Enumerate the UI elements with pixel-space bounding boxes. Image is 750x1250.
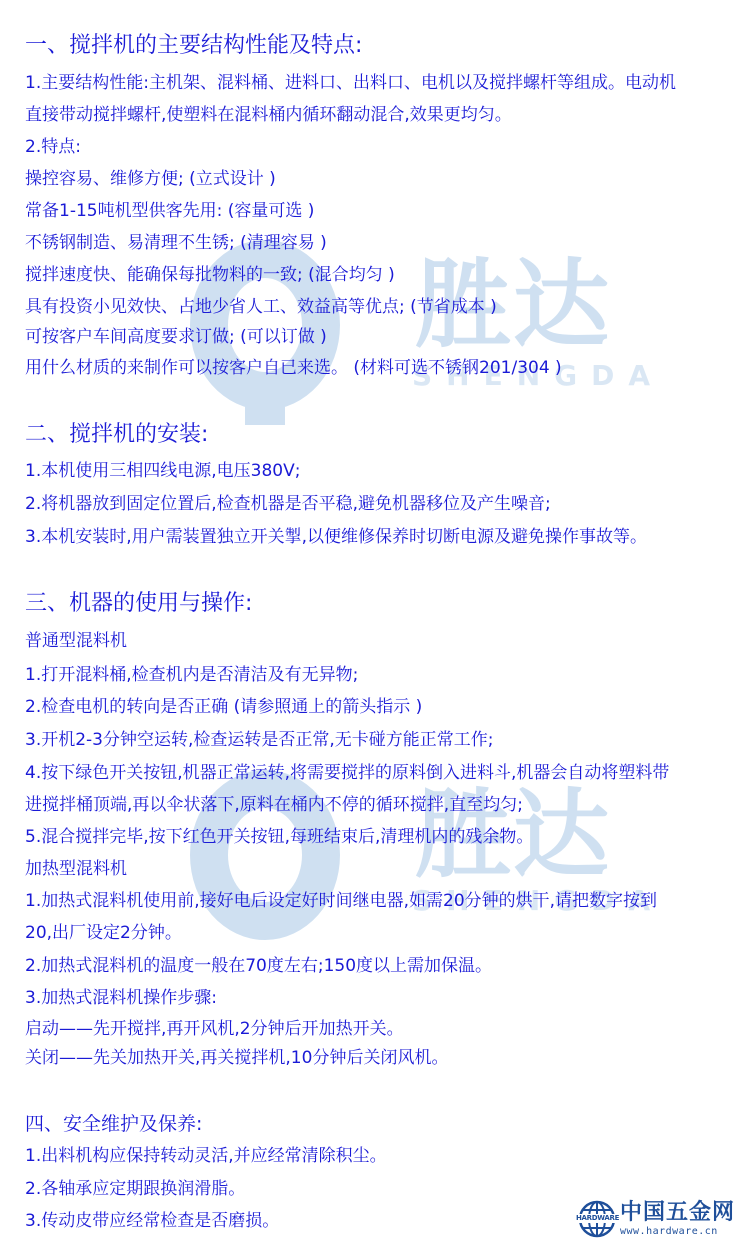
section-2-line: 2.将机器放到固定位置后,检查机器是否平稳,避免机器移位及产生噪音; — [25, 493, 551, 515]
section-3-line: 5.混合搅拌完毕,按下红色开关按钮,每班结束后,清理机内的残余物。 — [25, 826, 533, 848]
section-1-line: 可按客户车间高度要求订做; (可以订做 ) — [25, 326, 327, 348]
section-4-line: 2.各轴承应定期跟换润滑脂。 — [25, 1178, 245, 1200]
section-1-heading: 一、搅拌机的主要结构性能及特点: — [25, 32, 362, 60]
section-3-line: 1.加热式混料机使用前,接好电后设定好时间继电器,如需20分钟的烘干,请把数字按… — [25, 890, 657, 912]
section-3-subheading-standard: 普通型混料机 — [25, 630, 127, 652]
section-4-line: 3.传动皮带应经常检查是否磨损。 — [25, 1210, 279, 1232]
section-1-line: 不锈钢制造、易清理不生锈; (清理容易 ) — [25, 232, 327, 254]
section-3-line: 3.开机2-3分钟空运转,检查运转是否正常,无卡碰方能正常工作; — [25, 729, 494, 751]
section-1-line: 2.特点: — [25, 136, 81, 158]
section-3-line: 2.检查电机的转向是否正确 (请参照通上的箭头指示 ) — [25, 696, 422, 718]
globe-icon: HARDWARE — [578, 1200, 616, 1238]
section-1-line: 用什么材质的来制作可以按客户自已来选。 (材料可选不锈钢201/304 ) — [25, 357, 562, 379]
section-1-line: 直接带动搅拌螺杆,使塑料在混料桶内循环翻动混合,效果更均匀。 — [25, 104, 512, 126]
section-3-line: 1.打开混料桶,检查机内是否清洁及有无异物; — [25, 664, 358, 686]
section-3-line: 关闭——先关加热开关,再关搅拌机,10分钟后关闭风机。 — [25, 1047, 448, 1069]
section-2-heading: 二、搅拌机的安装: — [25, 421, 208, 449]
hardware-cn-logo[interactable]: HARDWARE 中国五金网 www.hardware.cn — [578, 1197, 744, 1241]
section-3-heading: 三、机器的使用与操作: — [25, 590, 252, 618]
section-3-line: 启动——先开搅拌,再开风机,2分钟后开加热开关。 — [25, 1018, 404, 1040]
section-1-line: 搅拌速度快、能确保每批物料的一致; (混合均匀 ) — [25, 264, 395, 286]
logo-text: 中国五金网 www.hardware.cn — [620, 1201, 735, 1238]
section-3-line: 2.加热式混料机的温度一般在70度左右;150度以上需加保温。 — [25, 955, 492, 977]
section-1-line: 操控容易、维修方便; (立式设计 ) — [25, 168, 276, 190]
section-3-line: 4.按下绿色开关按钮,机器正常运转,将需要搅拌的原料倒入进料斗,机器会自动将塑料… — [25, 762, 669, 784]
section-4-heading: 四、安全维护及保养: — [25, 1110, 202, 1138]
section-3-subheading-heated: 加热型混料机 — [25, 858, 127, 880]
section-4-line: 1.出料机构应保持转动灵活,并应经常清除积尘。 — [25, 1145, 387, 1167]
watermark-gear-tooth — [245, 405, 285, 425]
section-1-line: 常备1-15吨机型供客先用: (容量可选 ) — [25, 200, 314, 222]
logo-name: 中国五金网 — [620, 1201, 735, 1225]
section-2-line: 3.本机安装时,用户需装置独立开关掣,以便维修保养时切断电源及避免操作事故等。 — [25, 526, 647, 548]
logo-url[interactable]: www.hardware.cn — [620, 1225, 735, 1238]
section-3-line: 进搅拌桶顶端,再以伞状落下,原料在桶内不停的循环搅拌,直至均匀; — [25, 794, 523, 816]
section-1-line: 具有投资小见效快、占地少省人工、效益高等优点; (节省成本 ) — [25, 296, 497, 318]
section-3-line: 20,出厂设定2分钟。 — [25, 922, 182, 944]
section-1-line: 1.主要结构性能:主机架、混料桶、进料口、出料口、电机以及搅拌螺杆等组成。电动机 — [25, 72, 676, 94]
section-2-line: 1.本机使用三相四线电源,电压380V; — [25, 460, 300, 482]
globe-label: HARDWARE — [576, 1214, 618, 1223]
section-3-line: 3.加热式混料机操作步骤: — [25, 987, 217, 1009]
